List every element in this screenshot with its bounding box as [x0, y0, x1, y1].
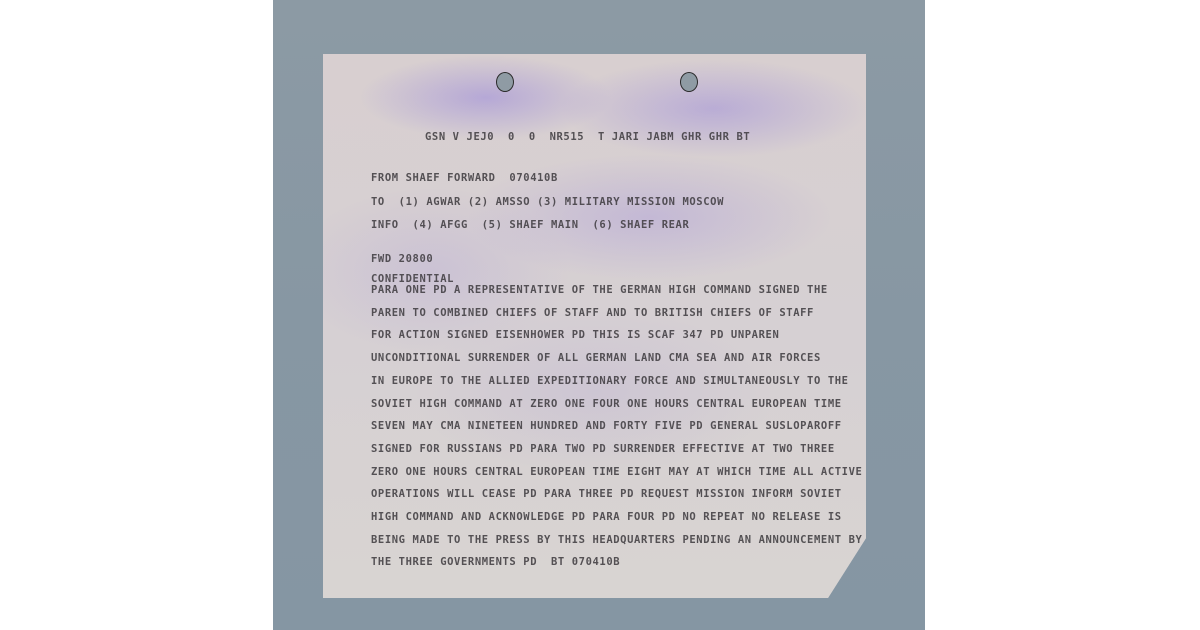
body-line: THE THREE GOVERNMENTS PD BT 070410B — [371, 556, 620, 568]
body-line: SEVEN MAY CMA NINETEEN HUNDRED AND FORTY… — [371, 420, 842, 432]
body-line: PAREN TO COMBINED CHIEFS OF STAFF AND TO… — [371, 307, 814, 319]
body-line: ZERO ONE HOURS CENTRAL EUROPEAN TIME EIG… — [371, 466, 862, 478]
punch-hole-right — [680, 72, 698, 92]
punch-hole-left — [496, 72, 514, 92]
routing-header: GSN V JEJ0 0 0 NR515 T JARI JABM GHR GHR… — [425, 131, 750, 143]
body-line: UNCONDITIONAL SURRENDER OF ALL GERMAN LA… — [371, 352, 821, 364]
body-line: IN EUROPE TO THE ALLIED EXPEDITIONARY FO… — [371, 375, 849, 387]
reference-line: FWD 20800 — [371, 253, 433, 265]
body-line: HIGH COMMAND AND ACKNOWLEDGE PD PARA FOU… — [371, 511, 842, 523]
body-line: SOVIET HIGH COMMAND AT ZERO ONE FOUR ONE… — [371, 398, 842, 410]
from-line: FROM SHAEF FORWARD 070410B — [371, 172, 558, 184]
body-line: PARA ONE PD A REPRESENTATIVE OF THE GERM… — [371, 284, 828, 296]
body-line: SIGNED FOR RUSSIANS PD PARA TWO PD SURRE… — [371, 443, 835, 455]
body-line: OPERATIONS WILL CEASE PD PARA THREE PD R… — [371, 488, 842, 500]
body-line: BEING MADE TO THE PRESS BY THIS HEADQUAR… — [371, 534, 862, 546]
telegram-document: GSN V JEJ0 0 0 NR515 T JARI JABM GHR GHR… — [323, 54, 866, 598]
body-line: FOR ACTION SIGNED EISENHOWER PD THIS IS … — [371, 329, 779, 341]
info-line: INFO (4) AFGG (5) SHAEF MAIN (6) SHAEF R… — [371, 219, 689, 231]
to-line: TO (1) AGWAR (2) AMSSO (3) MILITARY MISS… — [371, 196, 724, 208]
